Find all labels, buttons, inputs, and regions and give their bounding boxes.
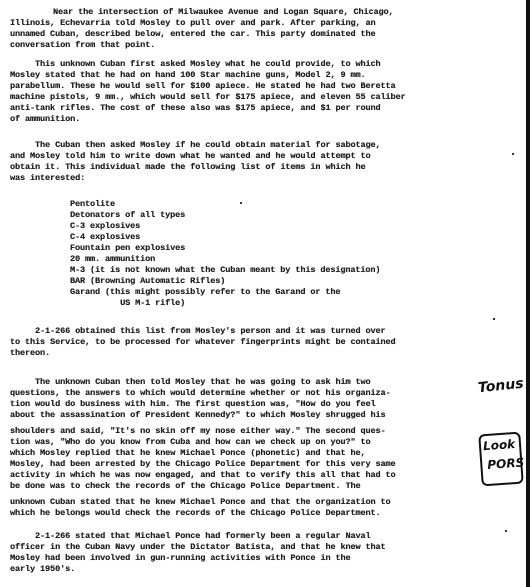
- text-line: early 1950's.: [10, 564, 75, 574]
- list-item: BAR (Browning Automatic Rifles): [70, 276, 225, 286]
- text-line: which Mosley replied that he knew Michae…: [10, 448, 366, 458]
- text-line: tion would do business with him. The fir…: [10, 399, 376, 409]
- scan-speck: [512, 153, 514, 155]
- text-line: tion was, "Who do you know from Cuba and…: [10, 437, 371, 447]
- text-line: unknown Cuban stated that he knew Michae…: [10, 497, 391, 507]
- text-line: was interested:: [10, 173, 85, 183]
- list-item: 20 mm. ammunition: [70, 254, 155, 264]
- text-line: This unknown Cuban first asked Mosley wh…: [10, 59, 381, 69]
- text-line: parabellum. These he would sell for $100…: [10, 81, 396, 91]
- list-item: Pentolite: [70, 199, 115, 209]
- text-line: of ammunition.: [10, 114, 80, 124]
- text-line: unnamed Cuban, described below, entered …: [10, 29, 376, 39]
- list-item: C-4 explosives: [70, 232, 140, 242]
- text-line: be done was to check the records of the …: [10, 481, 361, 491]
- text-line: Mosley, had been arrested by the Chicago…: [10, 459, 396, 469]
- text-line: officer in the Cuban Navy under the Dict…: [10, 542, 386, 552]
- text-line: which he belongs would check the records…: [10, 508, 381, 518]
- text-line: 2-1-266 stated that Michael Ponce had fo…: [10, 531, 371, 541]
- text-line: Near the intersection of Milwaukee Avenu…: [28, 7, 394, 17]
- text-line: activity in which he was now engaged, an…: [10, 470, 396, 480]
- scan-speck: [240, 202, 242, 204]
- list-item: Detonators of all types: [70, 210, 185, 220]
- margin-note-top: Tonus: [477, 376, 524, 397]
- list-item: M-3 (it is not known what the Cuban mean…: [70, 265, 380, 275]
- text-line: The unknown Cuban then told Mosley that …: [10, 377, 371, 387]
- text-line: about the assassination of President Ken…: [10, 410, 386, 420]
- scan-edge-border: [526, 0, 530, 587]
- text-line: questions, the answers to which would de…: [10, 388, 391, 398]
- text-line: thereon.: [10, 348, 50, 358]
- text-line: Illinois, Echevarria told Mosley to pull…: [10, 18, 376, 28]
- text-line: to this Service, to be processed for wha…: [10, 337, 396, 347]
- document-page: Near the intersection of Milwaukee Avenu…: [0, 0, 530, 587]
- list-item: US M-1 rifle): [70, 298, 185, 308]
- text-line: shoulders and said, "It's no skin off my…: [10, 426, 386, 436]
- text-line: conversation from that point.: [10, 40, 155, 50]
- scan-speck: [505, 530, 507, 532]
- text-line: obtain it. This individual made the foll…: [10, 162, 366, 172]
- list-item: Fountain pen explosives: [70, 243, 185, 253]
- text-line: The Cuban then asked Mosley if he could …: [10, 140, 381, 150]
- list-item: Garand (this might possibly refer to the…: [70, 287, 340, 297]
- text-line: Mosley stated that he had on hand 100 St…: [10, 70, 366, 80]
- list-item: C-3 explosives: [70, 221, 140, 231]
- text-line: Mosley had been involved in gun-running …: [10, 553, 350, 563]
- text-line: 2-1-266 obtained this list from Mosley's…: [10, 326, 386, 336]
- scan-speck: [493, 318, 495, 320]
- text-line: machine pistols, 9 mm., which would sell…: [10, 92, 406, 102]
- margin-note-box: Look PORS: [478, 432, 524, 487]
- text-line: and Mosley told him to write down what h…: [10, 151, 371, 161]
- margin-note-line2: PORS: [487, 455, 525, 472]
- text-line: anti-tank rifles. The cost of these also…: [10, 103, 381, 113]
- margin-note-line1: Look: [483, 437, 516, 453]
